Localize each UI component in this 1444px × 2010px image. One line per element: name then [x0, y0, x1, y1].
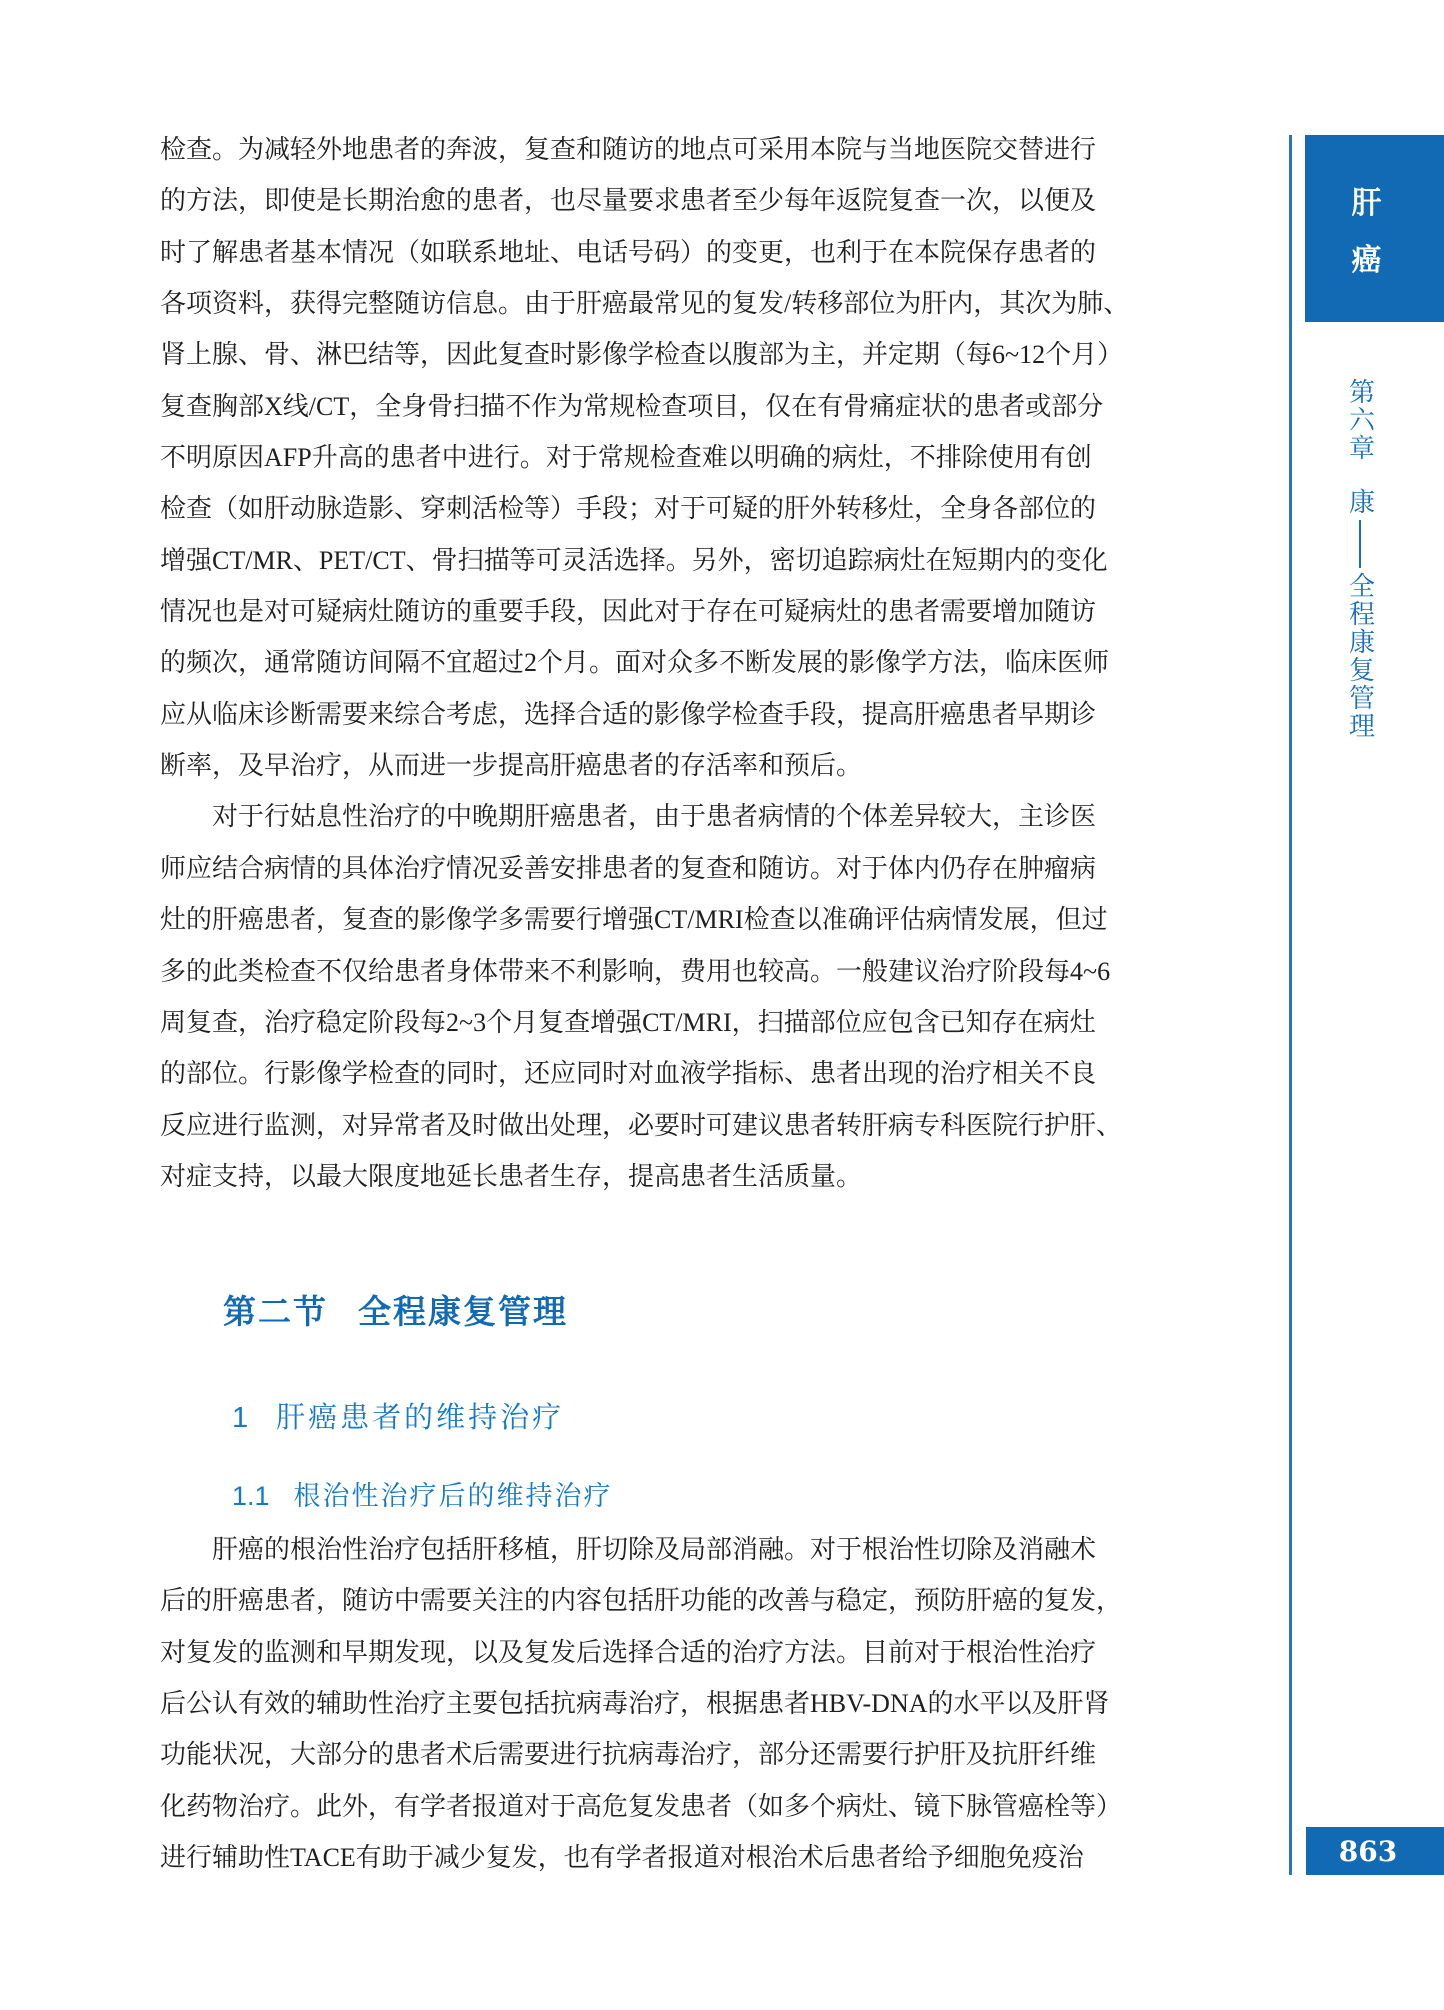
subsubsection-title: 根治性治疗后的维持治疗: [294, 1481, 613, 1511]
text-line: 的方法，即使是长期治愈的患者，也尽量要求患者至少每年返院复查一次，以便及: [160, 175, 970, 226]
text-line: 应从临床诊断需要来综合考虑，选择合适的影像学检查手段，提高肝癌患者早期诊: [160, 689, 970, 740]
subsection-heading-1-1: 1.1根治性治疗后的维持治疗: [232, 1480, 613, 1512]
text-line: 对症支持，以最大限度地延长患者生存，提高患者生活质量。: [160, 1151, 970, 1202]
page-number: 863: [1339, 1835, 1397, 1868]
text-line: 师应结合病情的具体治疗情况妥善安排患者的复查和随访。对于体内仍存在肿瘤病: [160, 843, 970, 894]
section-heading: 第二节全程康复管理: [223, 1294, 568, 1332]
subsubsection-number: 1.1: [232, 1481, 270, 1511]
section-title: 全程康复管理: [358, 1295, 568, 1331]
book-page: 检查。为减轻外地患者的奔波，复查和随访的地点可采用本院与当地医院交替进行的方法，…: [0, 0, 1444, 2010]
text-line: 化药物治疗。此外，有学者报道对于高危复发患者（如多个病灶、镜下脉管癌栓等）: [160, 1781, 970, 1832]
text-line: 复查胸部X线/CT，全身骨扫描不作为常规检查项目，仅在有骨痛症状的患者或部分: [160, 381, 970, 432]
text-line: 检查。为减轻外地患者的奔波，复查和随访的地点可采用本院与当地医院交替进行: [160, 124, 970, 175]
chapter-tab-char-1: 肝: [1352, 178, 1382, 222]
text-line: 后公认有效的辅助性治疗主要包括抗病毒治疗，根据患者HBV-DNA的水平以及肝肾: [160, 1678, 970, 1729]
page-number-badge: 863: [1306, 1827, 1444, 1875]
chapter-vertical-title: 第六章 康 全程康复管理: [1332, 378, 1388, 740]
text-line: 的频次，通常随访间隔不宜超过2个月。面对众多不断发展的影像学方法，临床医师: [160, 637, 970, 688]
subsection-number: 1: [232, 1402, 248, 1434]
text-line: 肾上腺、骨、淋巴结等，因此复查时影像学检查以腹部为主，并定期（每6~12个月）: [160, 329, 970, 380]
text-line: 时了解患者基本情况（如联系地址、电话号码）的变更，也利于在本院保存患者的: [160, 227, 970, 278]
chapter-number-vertical: 第六章: [1342, 378, 1379, 462]
body-paragraphs-bottom: 肝癌的根治性治疗包括肝移植，肝切除及局部消融。对于根治性切除及消融术后的肝癌患者…: [160, 1524, 970, 1883]
text-line: 不明原因AFP升高的患者中进行。对于常规检查难以明确的病灶，不排除使用有创: [160, 432, 970, 483]
text-line: 周复查，治疗稳定阶段每2~3个月复查增强CT/MRI，扫描部位应包含已知存在病灶: [160, 997, 970, 1048]
chapter-book-char: 康: [1342, 488, 1379, 516]
text-line: 增强CT/MR、PET/CT、骨扫描等可灵活选择。另外，密切追踪病灶在短期内的变…: [160, 535, 970, 586]
text-line: 断率，及早治疗，从而进一步提高肝癌患者的存活率和预后。: [160, 740, 970, 791]
chapter-title-vertical: 全程康复管理: [1342, 572, 1379, 740]
text-line: 功能状况，大部分的患者术后需要进行抗病毒治疗，部分还需要行护肝及抗肝纤维: [160, 1729, 970, 1780]
chapter-tab-badge: 肝 癌: [1305, 135, 1444, 322]
subsection-heading-1: 1肝癌患者的维持治疗: [232, 1400, 564, 1436]
subsection-title: 肝癌患者的维持治疗: [276, 1402, 564, 1434]
text-line: 多的此类检查不仅给患者身体带来不利影响，费用也较高。一般建议治疗阶段每4~6: [160, 946, 970, 997]
text-line: 进行辅助性TACE有助于减少复发，也有学者报道对根治术后患者给予细胞免疫治: [160, 1832, 970, 1883]
chapter-tab-char-2: 癌: [1352, 235, 1382, 279]
text-line: 对于行姑息性治疗的中晚期肝癌患者，由于患者病情的个体差异较大，主诊医: [160, 791, 970, 842]
text-line: 情况也是对可疑病灶随访的重要手段，因此对于存在可疑病灶的患者需要增加随访: [160, 586, 970, 637]
sidebar-vertical-rule: [1289, 135, 1292, 1875]
text-line: 肝癌的根治性治疗包括肝移植，肝切除及局部消融。对于根治性切除及消融术: [160, 1524, 970, 1575]
text-line: 各项资料，获得完整随访信息。由于肝癌最常见的复发/转移部位为肝内，其次为肺、: [160, 278, 970, 329]
text-line: 后的肝癌患者，随访中需要关注的内容包括肝功能的改善与稳定，预防肝癌的复发，: [160, 1575, 970, 1626]
body-paragraphs-top: 检查。为减轻外地患者的奔波，复查和随访的地点可采用本院与当地医院交替进行的方法，…: [160, 124, 970, 1202]
text-line: 反应进行监测，对异常者及时做出处理，必要时可建议患者转肝病专科医院行护肝、: [160, 1100, 970, 1151]
section-number: 第二节: [223, 1295, 328, 1331]
em-dash: [1359, 520, 1361, 568]
text-line: 的部位。行影像学检查的同时，还应同时对血液学指标、患者出现的治疗相关不良: [160, 1048, 970, 1099]
text-line: 对复发的监测和早期发现，以及复发后选择合适的治疗方法。目前对于根治性治疗: [160, 1627, 970, 1678]
text-line: 灶的肝癌患者，复查的影像学多需要行增强CT/MRI检查以准确评估病情发展，但过: [160, 894, 970, 945]
text-line: 检查（如肝动脉造影、穿刺活检等）手段；对于可疑的肝外转移灶，全身各部位的: [160, 483, 970, 534]
